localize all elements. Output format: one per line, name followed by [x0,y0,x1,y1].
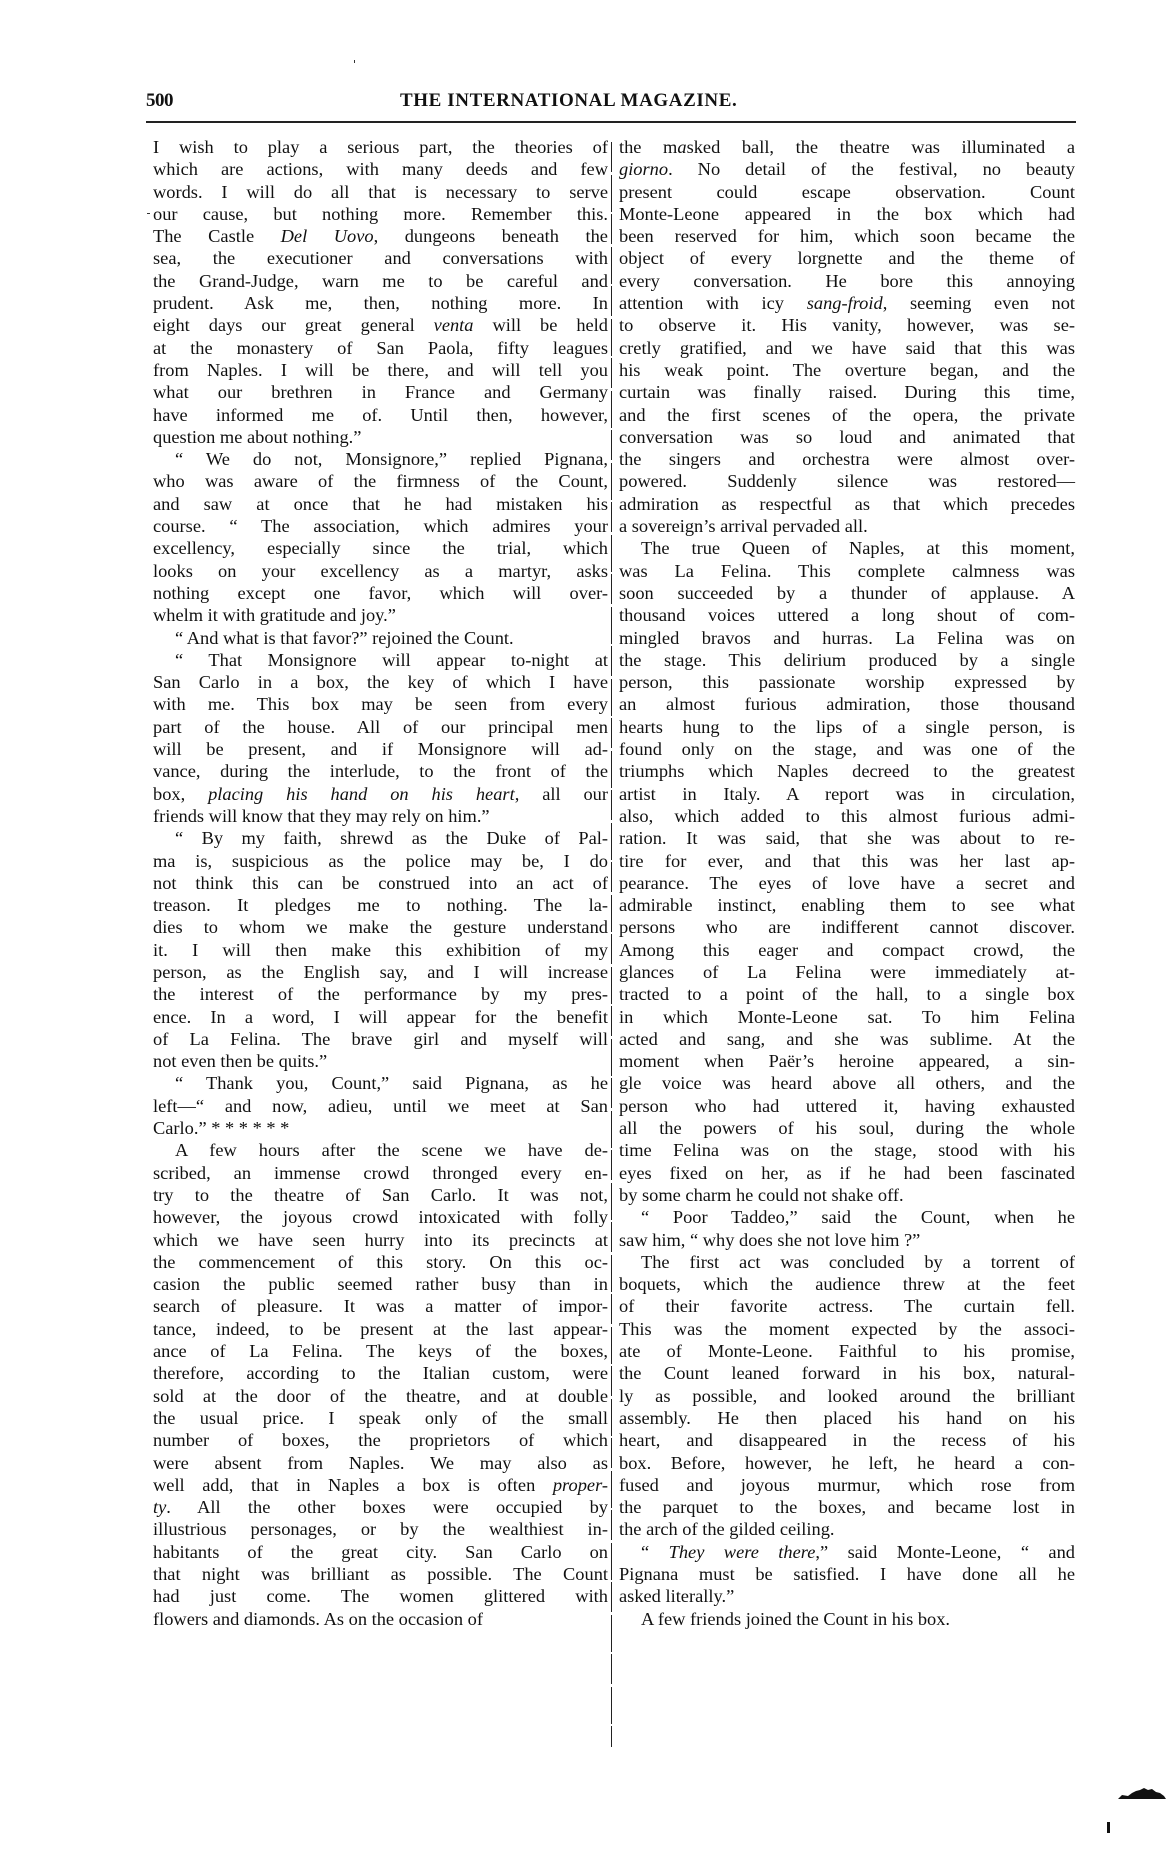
text-line: soon succeeded by a thunder of applause.… [619,582,1075,604]
text-line: “ Thank you, Count,” said Pignana, as he [153,1072,608,1094]
text-line: the Count leaned forward in his box, nat… [619,1362,1075,1384]
text-line: “ By my faith, shrewd as the Duke of Pal… [153,827,608,849]
text-line: his weak point. The overture began, and … [619,359,1075,381]
text-line: the masked ball, the theatre was illumin… [619,136,1075,158]
text-line: will be present, and if Monsignore will … [153,738,608,760]
text-line: ly as possible, and looked around the br… [619,1385,1075,1407]
text-line: number of boxes, the proprietors of whic… [153,1429,608,1451]
text-line: attention with icy sang-froid, seeming e… [619,292,1075,314]
text-line: it. I will then make this exhibition of … [153,939,608,961]
text-line: admirable instinct, enabling them to see… [619,894,1075,916]
text-line: This was the moment expected by the asso… [619,1318,1075,1340]
text-line: gle voice was heard above all others, an… [619,1072,1075,1094]
text-line: admiration as respectful as that which p… [619,493,1075,515]
text-line: saw him, “ why does she not love him ?” [619,1229,1075,1251]
text-line: ence. In a word, I will appear for the b… [153,1006,608,1028]
text-line: in which Monte-Leone sat. To him Felina [619,1006,1075,1028]
text-line: question me about nothing.” [153,426,608,448]
text-line: our cause, but nothing more. Remember th… [153,203,608,225]
text-line: casion the public seemed rather busy tha… [153,1273,608,1295]
text-line: nothing except one favor, which will ove… [153,582,608,604]
text-line: words. I will do all that is necessary t… [153,181,608,203]
text-line: cretly gratified, and we have said that … [619,337,1075,359]
text-line: habitants of the great city. San Carlo o… [153,1541,608,1563]
text-line: whelm it with gratitude and joy.” [153,604,608,626]
text-line: scribed, an immense crowd thronged every… [153,1162,608,1184]
text-line: search of pleasure. It was a matter of i… [153,1295,608,1317]
running-title: THE INTERNATIONAL MAGAZINE. [400,90,737,112]
text-line: I wish to play a serious part, the theor… [153,136,608,158]
text-line: an almost furious admiration, those thou… [619,693,1075,715]
text-line: Monte-Leone appeared in the box which ha… [619,203,1075,225]
text-line: fused and joyous murmur, which rose from [619,1474,1075,1496]
text-line: powered. Suddenly silence was restored— [619,470,1075,492]
text-line: triumphs which Naples decreed to the gre… [619,760,1075,782]
text-line: A few friends joined the Count in his bo… [619,1608,1075,1630]
text-line: have informed me of. Until then, however… [153,404,608,426]
text-line: moment when Paër’s heroine appeared, a s… [619,1050,1075,1072]
text-line: object of every lorgnette and the theme … [619,247,1075,269]
text-line: excellency, especially since the trial, … [153,537,608,559]
text-line: the Grand-Judge, warn me to be careful a… [153,270,608,292]
text-line: conversation was so loud and animated th… [619,426,1075,448]
text-line: the stage. This delirium produced by a s… [619,649,1075,671]
text-line: the commencement of this story. On this … [153,1251,608,1273]
text-line: curtain was finally raised. During this … [619,381,1075,403]
text-line: which are actions, with many deeds and f… [153,158,608,180]
text-line: treason. It pledges me to nothing. The l… [153,894,608,916]
text-line: left—“ and now, adieu, until we meet at … [153,1095,608,1117]
text-line: what our brethren in France and Germany [153,381,608,403]
text-line: glances of La Felina were immediately at… [619,961,1075,983]
text-line: sold at the door of the theatre, and at … [153,1385,608,1407]
text-line: heart, and disappeared in the recess of … [619,1429,1075,1451]
text-line: Pignana must be satisfied. I have done a… [619,1563,1075,1585]
text-line: was La Felina. This complete calmness wa… [619,560,1075,582]
text-line: “ We do not, Monsignore,” replied Pignan… [153,448,608,470]
text-line: not even then be quits.” [153,1050,608,1072]
text-line: the singers and orchestra were almost ov… [619,448,1075,470]
text-line: hearts hung to the lips of a single pers… [619,716,1075,738]
header-rule [146,121,1076,123]
text-line: vance, during the interlude, to the fron… [153,760,608,782]
text-line: and saw at once that he had mistaken his [153,493,608,515]
text-line: The first act was concluded by a torrent… [619,1251,1075,1273]
text-line: thousand voices uttered a long shout of … [619,604,1075,626]
text-line: by some charm he could not shake off. [619,1184,1075,1206]
text-line: from Naples. I will be there, and will t… [153,359,608,381]
text-line: not think this can be construed into an … [153,872,608,894]
text-line: tire for ever, and that this was her las… [619,850,1075,872]
text-line: and the first scenes of the opera, the p… [619,404,1075,426]
right-column: the masked ball, the theatre was illumin… [619,136,1075,1630]
text-line: sea, the executioner and conversations w… [153,247,608,269]
text-line: eight days our great general venta will … [153,314,608,336]
text-line: ate of Monte-Leone. Faithful to his prom… [619,1340,1075,1362]
stray-mark [1107,1822,1110,1833]
text-line: the interest of the performance by my pr… [153,983,608,1005]
text-line: A few hours after the scene we have de- [153,1139,608,1161]
text-line: at the monastery of San Paola, fifty lea… [153,337,608,359]
text-line: acted and sang, and she was sublime. At … [619,1028,1075,1050]
text-line: “ Poor Taddeo,” said the Count, when he [619,1206,1075,1228]
text-line: friends will know that they may rely on … [153,805,608,827]
text-line: all the powers of his soul, during the w… [619,1117,1075,1139]
text-line: however, the joyous crowd intoxicated wi… [153,1206,608,1228]
text-line: The true Queen of Naples, at this moment… [619,537,1075,559]
text-line: had just come. The women glittered with [153,1585,608,1607]
margin-mark [147,213,150,214]
text-line: boquets, which the audience threw at the… [619,1273,1075,1295]
left-column: I wish to play a serious part, the theor… [153,136,608,1630]
text-line: mingled bravos and hurras. La Felina was… [619,627,1075,649]
page-number: 500 [146,90,173,112]
text-line: ty. All the other boxes were occupied by [153,1496,608,1518]
text-line: that night was brilliant as possible. Th… [153,1563,608,1585]
text-line: flowers and diamonds. As on the occasion… [153,1608,608,1630]
text-line: pearance. The eyes of love have a secret… [619,872,1075,894]
text-line: asked literally.” [619,1585,1075,1607]
column-divider [611,142,612,1747]
text-line: the arch of the gilded ceiling. [619,1518,1075,1540]
text-line: were absent from Naples. We may also as [153,1452,608,1474]
text-line: try to the theatre of San Carlo. It was … [153,1184,608,1206]
text-line: “ And what is that favor?” rejoined the … [153,627,608,649]
text-line: well add, that in Naples a box is often … [153,1474,608,1496]
text-line: “ They were there,” said Monte-Leone, “ … [619,1541,1075,1563]
text-line: with me. This box may be seen from every [153,693,608,715]
text-line: time Felina was on the stage, stood with… [619,1139,1075,1161]
text-line: box, placing his hand on his heart, all … [153,783,608,805]
text-line: San Carlo in a box, the key of which I h… [153,671,608,693]
text-line: person, this passionate worship expresse… [619,671,1075,693]
text-line: ance of La Felina. The keys of the boxes… [153,1340,608,1362]
text-line: every conversation. He bore this annoyin… [619,270,1075,292]
text-line: the parquet to the boxes, and became los… [619,1496,1075,1518]
text-line: person, as the English say, and I will i… [153,961,608,983]
text-line: tracted to a point of the hall, to a sin… [619,983,1075,1005]
text-line: giorno. No detail of the festival, no be… [619,158,1075,180]
text-line: present could escape observation. Count [619,181,1075,203]
text-line: part of the house. All of our principal … [153,716,608,738]
printer-ornament-icon [1118,1787,1166,1799]
text-line: persons who are indifferent cannot disco… [619,916,1075,938]
print-speck [354,60,355,63]
text-line: The Castle Del Uovo, dungeons beneath th… [153,225,608,247]
text-line: the usual price. I speak only of the sma… [153,1407,608,1429]
text-line: box. Before, however, he left, he heard … [619,1452,1075,1474]
text-line: which we have seen hurry into its precin… [153,1229,608,1251]
text-line: person who had uttered it, having exhaus… [619,1095,1075,1117]
text-line: also, which added to this almost furious… [619,805,1075,827]
text-line: Among this eager and compact crowd, the [619,939,1075,961]
text-line: been reserved for him, which soon became… [619,225,1075,247]
text-line: of La Felina. The brave girl and myself … [153,1028,608,1050]
text-line: of their favorite actress. The curtain f… [619,1295,1075,1317]
text-line: tance, indeed, to be present at the last… [153,1318,608,1340]
text-line: prudent. Ask me, then, nothing more. In [153,292,608,314]
text-line: eyes fixed on her, as if he had been fas… [619,1162,1075,1184]
text-line: who was aware of the firmness of the Cou… [153,470,608,492]
text-line: dies to whom we make the gesture underst… [153,916,608,938]
text-line: ma is, suspicious as the police may be, … [153,850,608,872]
text-line: artist in Italy. A report was in circula… [619,783,1075,805]
text-line: to observe it. His vanity, however, was … [619,314,1075,336]
text-line: assembly. He then placed his hand on his [619,1407,1075,1429]
text-line: “ That Monsignore will appear to-night a… [153,649,608,671]
text-line: Carlo.” * * * * * * [153,1117,608,1139]
text-line: therefore, according to the Italian cust… [153,1362,608,1384]
text-line: illustrious personages, or by the wealth… [153,1518,608,1540]
text-line: course. “ The association, which admires… [153,515,608,537]
text-line: ration. It was said, that she was about … [619,827,1075,849]
text-line: found only on the stage, and was one of … [619,738,1075,760]
text-line: a sovereign’s arrival pervaded all. [619,515,1075,537]
text-line: looks on your excellency as a martyr, as… [153,560,608,582]
